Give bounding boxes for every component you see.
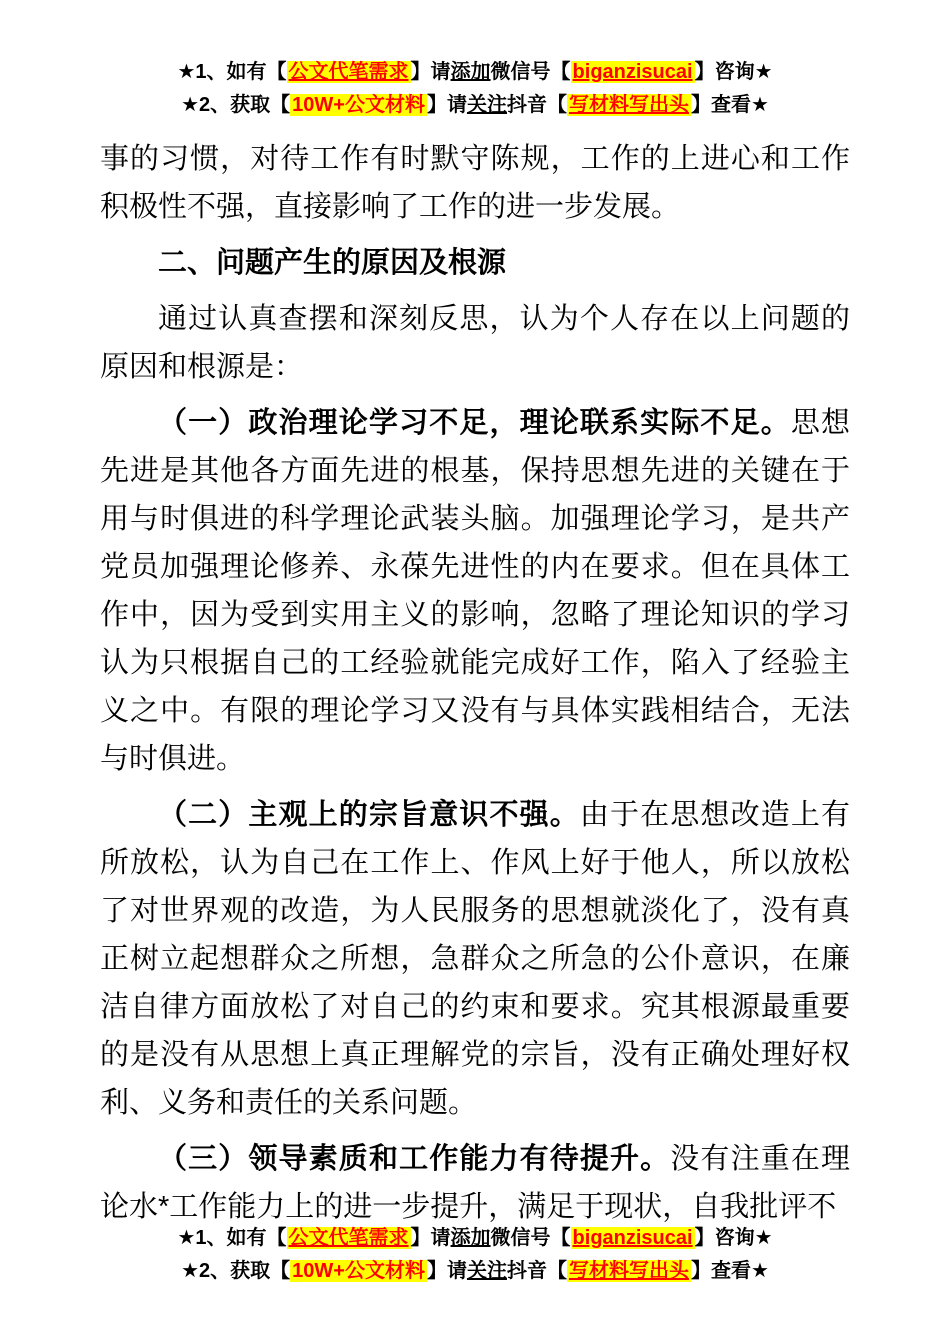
footer1-service-highlight: 公文代笔需求: [287, 1227, 411, 1249]
header-banner: ★1、如有【公文代笔需求】请添加微信号【biganzisucai】咨询★ ★2、…: [0, 0, 950, 122]
footer1-suffix-text: 】咨询★: [695, 1227, 773, 1249]
banner1-add-action-text: 添加: [451, 61, 491, 83]
banner2-douyin-account-highlight: 写材料写出头: [567, 94, 691, 116]
banner1-wechat-label: 微信号【: [491, 61, 571, 83]
footer1-wechat-label: 微信号【: [491, 1227, 571, 1249]
footer2-prefix-text: ★2、获取【: [181, 1260, 290, 1282]
paragraph-cause-1: （一）政治理论学习不足，理论联系实际不足。思想先进是其他各方面先进的根基，保持思…: [100, 399, 850, 783]
document-page: ★1、如有【公文代笔需求】请添加微信号【biganzisucai】咨询★ ★2、…: [0, 0, 950, 1344]
banner1-suffix-text: 】咨询★: [695, 61, 773, 83]
banner2-douyin-label: 抖音【: [507, 94, 567, 116]
cause-2-text: 由于在思想改造上有所放松，认为自己在工作上、作风上好于他人，所以放松了对世界观的…: [100, 799, 850, 1119]
footer1-prefix-text: ★1、如有【: [177, 1227, 286, 1249]
document-body: 事的习惯，对待工作有时默守陈规，工作的上进心和工作积极性不强，直接影响了工作的进…: [100, 135, 850, 1231]
cause-1-text: 思想先进是其他各方面先进的根基，保持思想先进的关键在于用与时俱进的科学理论武装头…: [100, 407, 850, 775]
banner2-materials-highlight: 10W+公文材料: [290, 94, 427, 116]
header-banner-line-2: ★2、获取【10W+公文材料】请关注抖音【写材料写出头】查看★: [0, 89, 950, 122]
cause-2-lead: （二）主观上的宗旨意识不强。: [158, 799, 580, 831]
banner1-wechat-id-highlight: biganzisucai: [571, 61, 695, 83]
paragraph-continuation: 事的习惯，对待工作有时默守陈规，工作的上进心和工作积极性不强，直接影响了工作的进…: [100, 135, 850, 231]
footer-banner-line-2: ★2、获取【10W+公文材料】请关注抖音【写材料写出头】查看★: [0, 1255, 950, 1288]
footer2-follow-action-text: 关注: [467, 1260, 507, 1282]
paragraph-cause-2: （二）主观上的宗旨意识不强。由于在思想改造上有所放松，认为自己在工作上、作风上好…: [100, 791, 850, 1127]
footer1-mid-text: 】请: [411, 1227, 451, 1249]
paragraph-cause-3: （三）领导素质和工作能力有待提升。没有注重在理论水*工作能力上的进一步提升，满足…: [100, 1135, 850, 1231]
banner1-prefix-text: ★1、如有【: [177, 61, 286, 83]
banner2-follow-action-text: 关注: [467, 94, 507, 116]
footer2-mid-text: 】请: [427, 1260, 467, 1282]
footer2-suffix-text: 】查看★: [691, 1260, 769, 1282]
cause-1-lead: （一）政治理论学习不足，理论联系实际不足。: [158, 407, 791, 439]
banner2-mid-text: 】请: [427, 94, 467, 116]
footer2-douyin-label: 抖音【: [507, 1260, 567, 1282]
footer-banner: ★1、如有【公文代笔需求】请添加微信号【biganzisucai】咨询★ ★2、…: [0, 1222, 950, 1288]
header-banner-line-1: ★1、如有【公文代笔需求】请添加微信号【biganzisucai】咨询★: [0, 56, 950, 89]
cause-3-lead: （三）领导素质和工作能力有待提升。: [158, 1143, 670, 1175]
banner2-suffix-text: 】查看★: [691, 94, 769, 116]
banner1-mid-text: 】请: [411, 61, 451, 83]
banner1-service-highlight: 公文代笔需求: [287, 61, 411, 83]
paragraph-intro: 通过认真查摆和深刻反思，认为个人存在以上问题的原因和根源是：: [100, 295, 850, 391]
footer1-wechat-id-highlight: biganzisucai: [571, 1227, 695, 1249]
footer-banner-line-1: ★1、如有【公文代笔需求】请添加微信号【biganzisucai】咨询★: [0, 1222, 950, 1255]
banner2-prefix-text: ★2、获取【: [181, 94, 290, 116]
footer1-add-action-text: 添加: [451, 1227, 491, 1249]
footer2-materials-highlight: 10W+公文材料: [290, 1260, 427, 1282]
section-heading-causes: 二、问题产生的原因及根源: [100, 239, 850, 287]
footer2-douyin-account-highlight: 写材料写出头: [567, 1260, 691, 1282]
